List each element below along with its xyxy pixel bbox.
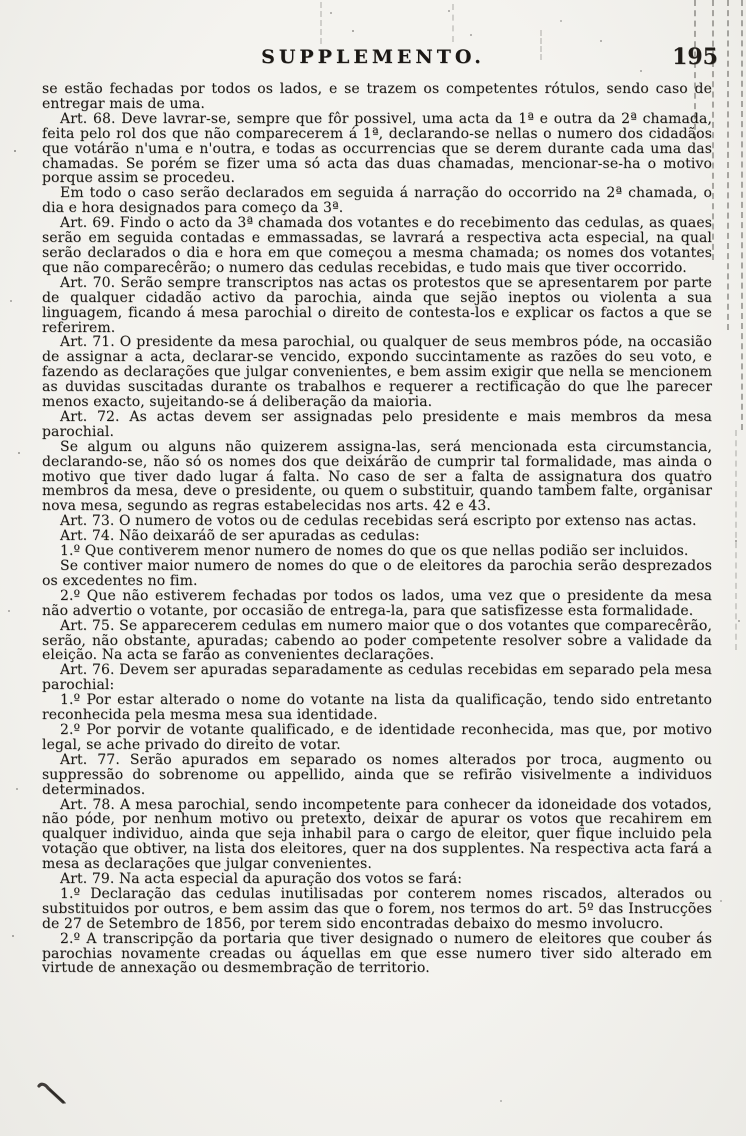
body-text: se estão fechadas por todos os lados, e … [42, 82, 712, 976]
paragraph-art-75: Art. 75. Se apparecerem cedulas em numer… [42, 619, 712, 664]
paragraph-art-74: Art. 74. Não deixaráõ de ser apuradas as… [42, 529, 712, 544]
paragraph-art-74-item-2: 2.º Que não estiverem fechadas por todos… [42, 589, 712, 619]
paragraph-art-78: Art. 78. A mesa parochial, sendo incompe… [42, 798, 712, 873]
scanned-book-page: SUPPLEMENTO. 195 se estão fechadas por t… [0, 0, 746, 1136]
paragraph-art-74-item-1: 1.º Que contiverem menor numero de nomes… [42, 544, 712, 559]
scan-artifact-line [320, 2, 322, 44]
page-title: SUPPLEMENTO. [0, 46, 746, 68]
paragraph-art-74-item-1-cont: Se contiver maior numero de nomes do que… [42, 559, 712, 589]
paragraph-art-68-cont: Em todo o caso serão declarados em segui… [42, 186, 712, 216]
paragraph-art-72: Art. 72. As actas devem ser assignadas p… [42, 410, 712, 440]
scan-noise-speckles [0, 0, 2, 2]
paragraph-art-72-cont: Se algum ou alguns não quizerem assigna-… [42, 440, 712, 515]
paragraph-art-73: Art. 73. O numero de votos ou de cedulas… [42, 514, 712, 529]
paragraph-art-79: Art. 79. Na acta especial da apuração do… [42, 872, 712, 887]
page-number: 195 [672, 44, 718, 70]
paragraph-art-77: Art. 77. Serão apurados em separado os n… [42, 753, 712, 798]
paragraph-art-76-item-2: 2.º Por porvir de votante qualificado, e… [42, 723, 712, 753]
paragraph-art-69: Art. 69. Findo o acto da 3ª chamada dos … [42, 216, 712, 276]
paragraph-art-68: Art. 68. Deve lavrar-se, sempre que fôr … [42, 112, 712, 187]
scan-artifact-line [452, 4, 454, 42]
paragraph-continuation: se estão fechadas por todos os lados, e … [42, 82, 712, 112]
paragraph-art-76: Art. 76. Devem ser apuradas separadament… [42, 663, 712, 693]
pen-mark [36, 1082, 70, 1108]
paragraph-art-70: Art. 70. Serão sempre transcriptos nas a… [42, 276, 712, 336]
scan-artifact-line [735, 430, 737, 650]
paragraph-art-79-item-2: 2.º A transcripção da portaria que tiver… [42, 932, 712, 977]
paragraph-art-76-item-1: 1.º Por estar alterado o nome do votante… [42, 693, 712, 723]
paragraph-art-71: Art. 71. O presidente da mesa parochial,… [42, 335, 712, 410]
page-header: SUPPLEMENTO. 195 [0, 46, 746, 74]
paragraph-art-79-item-1: 1.º Declaração das cedulas inutilisadas … [42, 887, 712, 932]
scan-artifact-line [712, 0, 714, 260]
